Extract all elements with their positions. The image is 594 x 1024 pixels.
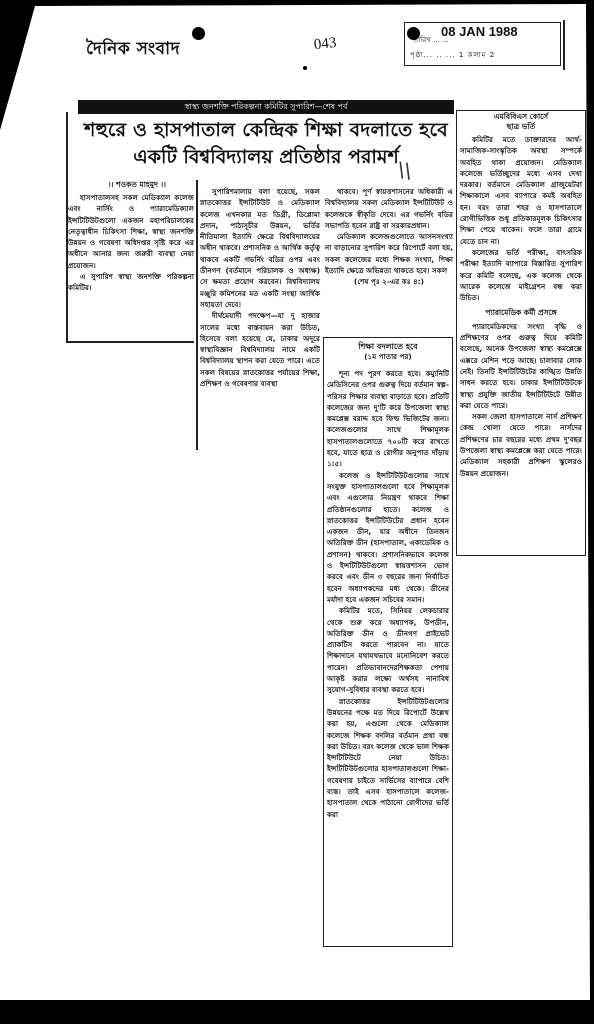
column-rule <box>196 180 198 450</box>
archive-date-stamp: 08 JAN 1988 তারিখ ... ... পৃষ্ঠা... .. .… <box>404 22 561 66</box>
paragraph: কলেজ ও ইন্সটিটিউটগুলোর সাথে সংযুক্ত হাসপ… <box>327 470 449 606</box>
column-rule <box>66 341 194 343</box>
paragraph: সকল জেলা হাসপাতালে নার্স প্রশিক্ষণ কেন্দ… <box>460 411 582 479</box>
paragraph: কমিটির মতে ডাক্তারদের আর্থ-সামাজিক-সাংস্… <box>460 134 582 247</box>
stamp-column-label: কলাম <box>468 51 487 59</box>
continuation-column: শূন্য পদ পূরণ করতে হবে। কম্যুনিটি মেডিসি… <box>327 368 449 820</box>
article-column-2: সুপারিশমালায় বলা হয়েছে, সকল স্নাতকোত্ত… <box>200 186 320 389</box>
stamp-column-value: 2 <box>490 51 495 59</box>
stamp-date-label: তারিখ ... ... <box>413 34 449 46</box>
ink-speck <box>303 66 307 70</box>
archive-page-number: 043 <box>313 35 337 54</box>
punch-hole-mark <box>192 27 205 40</box>
paragraph: মেডিক্যাল কলেজগুলোতে আসনসংখ্যা না বাড়ান… <box>325 231 453 276</box>
paragraph: হাসপাতালসহ সকল মেডিক্যাল কলেজ এবং নার্সি… <box>68 192 194 271</box>
newspaper-masthead: দৈনিক সংবাদ <box>86 36 180 64</box>
paragraph: থাকবে। পূর্ণ স্বায়ত্তশাসনের অধিকারী এ ব… <box>325 186 453 231</box>
article-column-3: থাকবে। পূর্ণ স্বায়ত্তশাসনের অধিকারী এ ব… <box>325 186 453 288</box>
article-kicker: স্বাস্থ্য জনশক্তি পরিকল্পনা কমিটির সুপার… <box>78 100 454 114</box>
stamp-date: 08 JAN 1988 <box>441 24 518 39</box>
paragraph: এ সুপারিশ স্বাস্থ্য জনশক্তি পরিকল্পনা কম… <box>68 271 194 294</box>
stamp-border <box>563 20 565 70</box>
paragraph: সুপারিশমালায় বলা হয়েছে, সকল স্নাতকোত্ত… <box>200 186 320 310</box>
paragraph: কলেজের ভর্তি পরীক্ষা, বাৎসরিক পরীক্ষা ইত… <box>460 247 582 303</box>
article-column-1: হাসপাতালসহ সকল মেডিক্যাল কলেজ এবং নার্সি… <box>68 192 194 294</box>
paragraph: প্যারামেডিকদের সংখ্যা বৃদ্ধি ও প্রশিক্ষণ… <box>460 321 582 411</box>
scan-background <box>0 1000 594 1024</box>
article-byline: ।। শওকত মাহমুদ ।। <box>82 180 192 192</box>
paragraph: স্নাতকোত্তর ইন্সটিটিউটগুলোর উন্নয়নের পক… <box>327 696 449 820</box>
stamp-page-value: 1 <box>459 51 464 59</box>
continuation-subtitle: (১ম পাতার পর) <box>323 352 453 364</box>
sidebar-section-heading: প্যারামেডিক কর্মী প্রসঙ্গে <box>460 307 582 318</box>
continued-note: (শেষ পৃঃ ২-এর কঃ ৪:) <box>325 276 453 287</box>
stamp-page-label: পৃষ্ঠা... .. ... <box>410 51 456 59</box>
headline-line-1: শহুরে ও হাসপাতাল কেন্দ্রিক শিক্ষা বদলাতে… <box>78 116 454 144</box>
sidebar-column: কমিটির মতে ডাক্তারদের আর্থ-সামাজিক-সাংস্… <box>460 134 582 479</box>
sidebar-subtitle: ছাত্র ভর্তি <box>456 122 586 134</box>
paragraph: শূন্য পদ পূরণ করতে হবে। কম্যুনিটি মেডিসি… <box>327 368 449 470</box>
paragraph: কমিটির মতে, সিনিয়র লেকচারার থেকে শুরু ক… <box>327 605 449 695</box>
paragraph: দীর্ঘমেয়াদী পদক্ষেপ—যা দু হাজার সালের ম… <box>200 310 320 389</box>
stamp-page-row: পৃষ্ঠা... .. ... 1 কলাম 2 <box>410 49 495 61</box>
